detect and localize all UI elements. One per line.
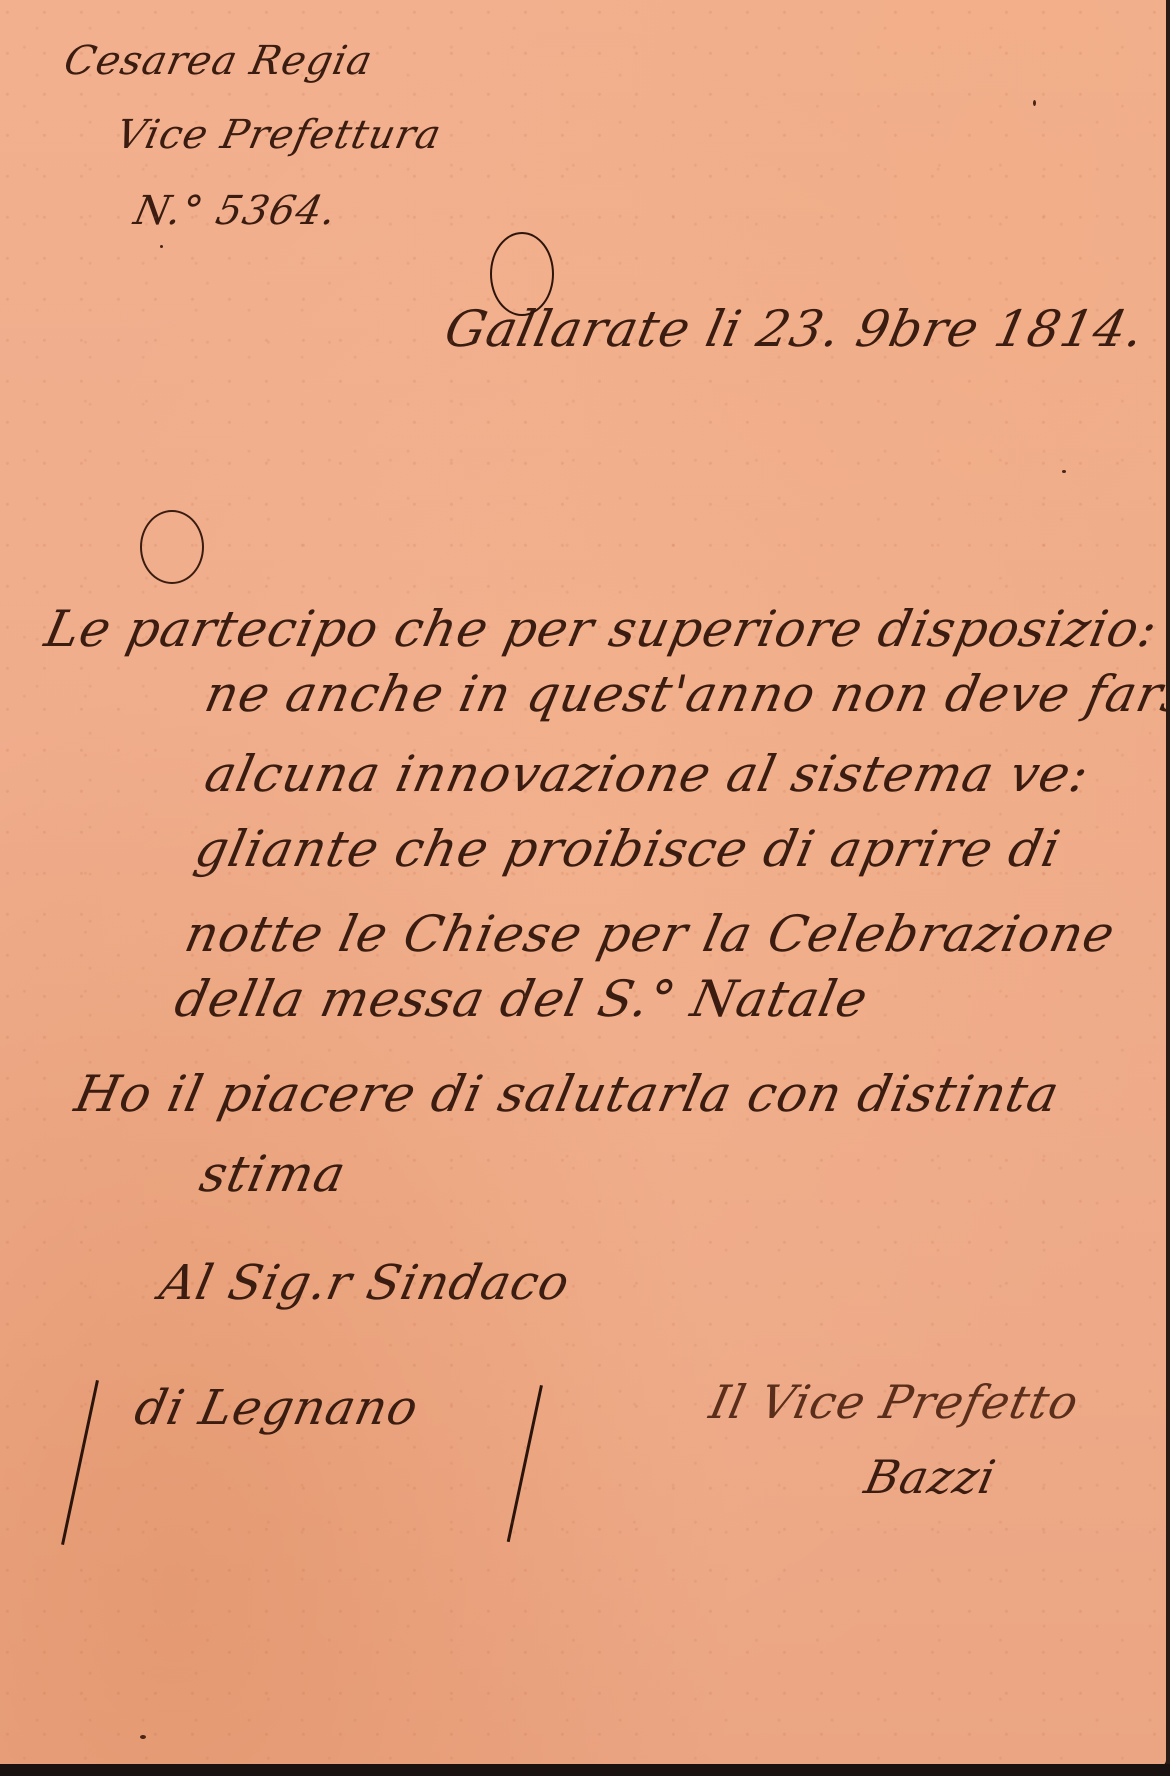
body-line-5: notte le Chiese per la Celebrazione [180, 905, 1120, 963]
signature-title: Il Vice Prefetto [705, 1375, 1084, 1429]
page-bottom-edge [0, 1764, 1170, 1776]
letterhead-line-2: Vice Prefettura [112, 112, 446, 158]
body-line-3: alcuna innovazione al sistema ve: [200, 745, 1094, 803]
body-line-4: gliante che proibisce di aprire di [190, 820, 1066, 878]
body-line-2: ne anche in quest'anno non deve farsi [200, 665, 1170, 723]
letter-paper: Cesarea Regia Vice Prefettura N.° 5364. … [0, 0, 1166, 1766]
addressee-right-bracket [507, 1385, 543, 1542]
initial-flourish-icon [140, 510, 204, 584]
ink-speck [1033, 100, 1036, 106]
ink-speck [160, 245, 163, 248]
addressee-left-bracket [61, 1380, 99, 1545]
dateline-flourish-icon [490, 232, 554, 316]
closing-line-2: stima [195, 1145, 351, 1203]
body-line-6: della messa del S.° Natale [170, 970, 873, 1028]
closing-line-1: Ho il piacere di salutarla con distinta [70, 1065, 1065, 1123]
letterhead-protocol-number: N.° 5364. [130, 188, 341, 234]
addressee-line-1: Al Sig.r Sindaco [155, 1255, 575, 1311]
signature-name: Bazzi [860, 1450, 1001, 1504]
body-line-1: Le partecipo che per superiore disposizi… [40, 600, 1163, 658]
letterhead-line-1: Cesarea Regia [60, 38, 377, 84]
dateline: Gallarate li 23. 9bre 1814. [440, 300, 1150, 358]
ink-speck [1062, 470, 1066, 473]
addressee-line-2: di Legnano [130, 1380, 424, 1436]
ink-speck [140, 1735, 146, 1739]
page-right-edge [1166, 0, 1170, 1776]
